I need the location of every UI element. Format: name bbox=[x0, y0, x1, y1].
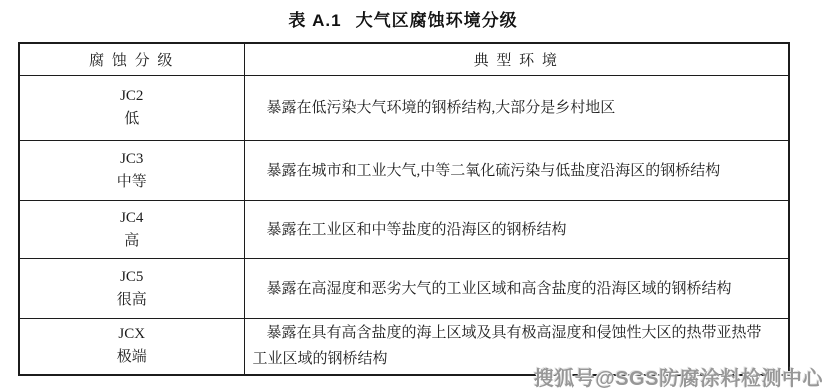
grade-level: 高 bbox=[20, 230, 244, 253]
corrosion-classification-table: 腐 蚀 分 级 典 型 环 境 JC2 低 暴露在低污染大气环境的钢桥结构,大部… bbox=[18, 42, 790, 376]
table-header-row: 腐 蚀 分 级 典 型 环 境 bbox=[19, 43, 789, 76]
environment-text: 暴露在高湿度和恶劣大气的工业区域和高含盐度的沿海区域的钢桥结构 bbox=[245, 276, 789, 302]
table-row-jc5: JC5 很高 暴露在高湿度和恶劣大气的工业区域和高含盐度的沿海区域的钢桥结构 bbox=[19, 259, 789, 319]
grade-code: JCX bbox=[20, 323, 244, 346]
grade-code: JC2 bbox=[20, 85, 244, 108]
grade-cell: JC2 低 bbox=[19, 76, 244, 141]
environment-text: 暴露在工业区和中等盐度的沿海区的钢桥结构 bbox=[245, 217, 789, 243]
environment-cell: 暴露在低污染大气环境的钢桥结构,大部分是乡村地区 bbox=[244, 76, 789, 141]
table-row-jc3: JC3 中等 暴露在城市和工业大气,中等二氧化硫污染与低盐度沿海区的钢桥结构 bbox=[19, 141, 789, 201]
watermark: 搜狐号@SGS防腐涂料检测中心 bbox=[534, 362, 823, 391]
environment-text: 暴露在低污染大气环境的钢桥结构,大部分是乡村地区 bbox=[245, 95, 789, 121]
grade-code: JC5 bbox=[20, 266, 244, 289]
table-row-jc4: JC4 高 暴露在工业区和中等盐度的沿海区的钢桥结构 bbox=[19, 201, 789, 259]
document-page: 表 A.1大气区腐蚀环境分级 腐 蚀 分 级 典 型 环 境 JC2 低 暴露在… bbox=[0, 0, 823, 392]
header-corrosion-grade: 腐 蚀 分 级 bbox=[19, 43, 244, 76]
environment-cell: 暴露在高湿度和恶劣大气的工业区域和高含盐度的沿海区域的钢桥结构 bbox=[244, 259, 789, 319]
table-caption-text: 大气区腐蚀环境分级 bbox=[356, 11, 518, 30]
grade-cell: JC4 高 bbox=[19, 201, 244, 259]
grade-level: 很高 bbox=[20, 289, 244, 312]
table-caption-label: 表 A.1 bbox=[288, 11, 341, 30]
table-caption: 表 A.1大气区腐蚀环境分级 bbox=[18, 6, 788, 31]
environment-text: 暴露在城市和工业大气,中等二氧化硫污染与低盐度沿海区的钢桥结构 bbox=[245, 158, 789, 184]
environment-cell: 暴露在工业区和中等盐度的沿海区的钢桥结构 bbox=[244, 201, 789, 259]
table-row-jc2: JC2 低 暴露在低污染大气环境的钢桥结构,大部分是乡村地区 bbox=[19, 76, 789, 141]
grade-level: 中等 bbox=[20, 171, 244, 194]
header-typical-environment: 典 型 环 境 bbox=[244, 43, 789, 76]
environment-cell: 暴露在城市和工业大气,中等二氧化硫污染与低盐度沿海区的钢桥结构 bbox=[244, 141, 789, 201]
grade-cell: JCX 极端 bbox=[19, 319, 244, 375]
grade-level: 低 bbox=[20, 108, 244, 131]
grade-cell: JC5 很高 bbox=[19, 259, 244, 319]
grade-code: JC4 bbox=[20, 207, 244, 230]
grade-cell: JC3 中等 bbox=[19, 141, 244, 201]
grade-level: 极端 bbox=[20, 346, 244, 369]
grade-code: JC3 bbox=[20, 148, 244, 171]
